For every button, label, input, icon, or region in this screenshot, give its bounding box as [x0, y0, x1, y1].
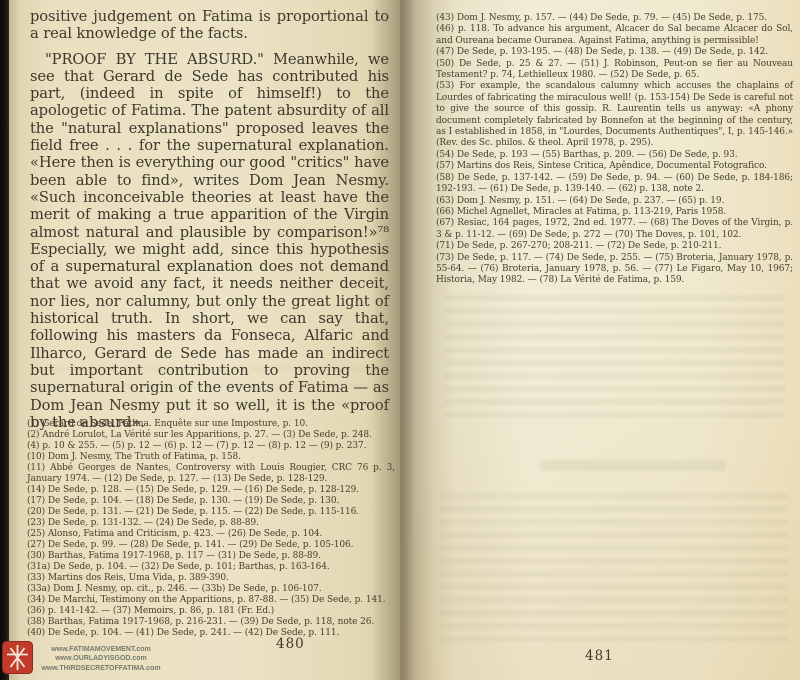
scan-left-edge	[0, 0, 9, 680]
footnotes-left: (1) Gerard de Sede, Fatima. Enquête sur …	[27, 419, 395, 639]
footnote-entry: (50) De Sede, p. 25 & 27. — (51) J. Robi…	[436, 59, 793, 82]
footnote-entry: (73) De Sede, p. 117. — (74) De Sede, p.…	[436, 253, 793, 287]
footnote-entry: (10) Dom J. Nesmy, The Truth of Fatima, …	[27, 452, 395, 463]
book-scan: positive judgement on Fatima is proporti…	[0, 0, 800, 680]
footnote-entry: (57) Martins dos Reis, Sintese Critica, …	[436, 161, 793, 172]
right-page: (43) Dom J. Nesmy, p. 157. — (44) De Sed…	[400, 0, 800, 680]
page-number-left: 480	[276, 636, 305, 652]
body-paragraph: "PROOF BY THE ABSURD." Meanwhile, we see…	[30, 51, 389, 432]
footnote-entry: (58) De Sede, p. 137-142. — (59) De Sede…	[436, 173, 793, 196]
footnote-entry: (47) De Sede, p. 193-195. — (48) De Sede…	[436, 47, 793, 58]
footnote-entry: (67) Resiac, 164 pages, 1972, 2nd ed. 19…	[436, 218, 793, 241]
footnote-entry: (27) De Sede, p. 99. — (28) De Sede, p. …	[27, 540, 395, 551]
footnote-entry: (17) De Sede, p. 104. — (18) De Sede, p.…	[27, 496, 395, 507]
watermark-line: www.FATIMAMOVEMENT.com	[35, 645, 167, 654]
footnote-entry: (31a) De Sede, p. 104. — (32) De Sede, p…	[27, 562, 395, 573]
body-text: positive judgement on Fatima is proporti…	[30, 8, 389, 431]
page-bleed-through	[440, 493, 788, 643]
footnote-entry: (53) For example, the scandalous calumny…	[436, 81, 793, 149]
fatima-movement-crest-icon	[2, 641, 33, 674]
body-paragraph: positive judgement on Fatima is proporti…	[30, 8, 389, 43]
footnotes-right: (43) Dom J. Nesmy, p. 157. — (44) De Sed…	[436, 13, 793, 287]
footnote-entry: (36) p. 141-142. — (37) Memoirs, p. 86, …	[27, 606, 395, 617]
page-number-right: 481	[585, 648, 614, 664]
footnote-entry: (71) De Sede, p. 267-270; 208-211. — (72…	[436, 241, 793, 252]
footnote-entry: (43) Dom J. Nesmy, p. 157. — (44) De Sed…	[436, 13, 793, 24]
footnote-entry: (66) Michel Agnellet, Miracles at Fatima…	[436, 207, 793, 218]
footnote-entry: (34) De Marchi, Testimony on the Apparit…	[27, 595, 395, 606]
footnote-entry: (63) Dom J. Nesmy, p. 151. — (64) De Sed…	[436, 196, 793, 207]
footnote-entry: (14) De Sede, p. 128. — (15) De Sede, p.…	[27, 485, 395, 496]
footnote-entry: (1) Gerard de Sede, Fatima. Enquête sur …	[27, 419, 395, 430]
footnote-entry: (54) De Sede, p. 193 — (55) Barthas, p. …	[436, 150, 793, 161]
footnote-entry: (40) De Sede, p. 104. — (41) De Sede, p.…	[27, 628, 395, 639]
watermark-line: www.THIRDSECRETOFFATIMA.com	[35, 664, 167, 673]
footnote-entry: (46) p. 118. To advance his argument, Al…	[436, 24, 793, 47]
footnote-entry: (20) De Sede, p. 131. — (21) De Sede, p.…	[27, 507, 395, 518]
footnote-entry: (2) André Lorulot, La Vérité sur les App…	[27, 430, 395, 441]
footnote-entry: (33a) Dom J. Nesmy, op. cit., p. 246. — …	[27, 584, 395, 595]
page-bleed-through	[540, 460, 725, 471]
footnote-entry: (4) p. 10 & 255. — (5) p. 12 — (6) p. 12…	[27, 441, 395, 452]
watermark-line: www.OURLADYISGOD.com	[35, 654, 167, 663]
left-page: positive judgement on Fatima is proporti…	[9, 0, 400, 680]
footnote-entry: (33) Martins dos Reis, Uma Vida, p. 389-…	[27, 573, 395, 584]
watermark-urls: www.FATIMAMOVEMENT.comwww.OURLADYISGOD.c…	[35, 645, 167, 673]
footnote-entry: (11) Abbé Georges de Nantes, Controversy…	[27, 463, 395, 485]
footnote-entry: (30) Barthas, Fatima 1917-1968, p. 117 —…	[27, 551, 395, 562]
page-bleed-through	[445, 295, 785, 421]
footnote-entry: (38) Barthas, Fatima 1917-1968, p. 216-2…	[27, 617, 395, 628]
footnote-entry: (23) De Sede, p. 131-132. — (24) De Sede…	[27, 518, 395, 529]
footnote-entry: (25) Alonso, Fatima and Criticism, p. 42…	[27, 529, 395, 540]
